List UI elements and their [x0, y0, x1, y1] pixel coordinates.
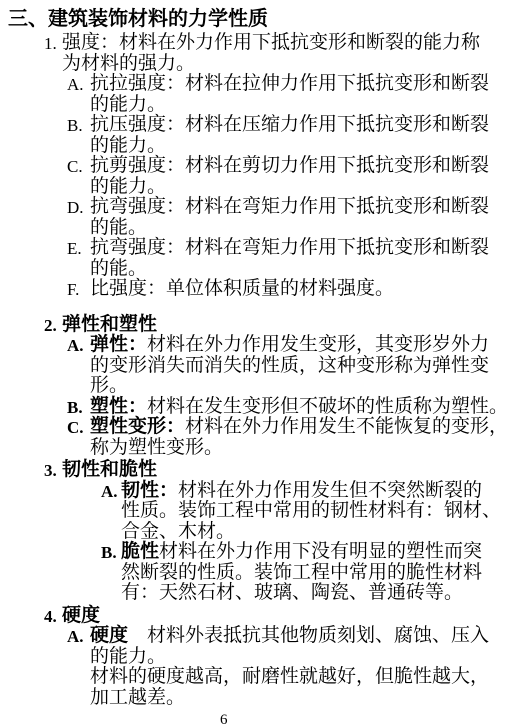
text-line: 抗弯强度：材料在弯矩力作用下抵抗变形和断裂	[90, 197, 516, 218]
text-line: 脆性材料在外力作用下没有明显的塑性而突	[121, 542, 516, 563]
list-item: F. 比强度：单位体积质量的材料强度。	[0, 279, 516, 300]
page-number: 6	[220, 712, 228, 725]
text-line: 性质。装饰工程中常用的韧性材料有：钢材、	[121, 501, 516, 522]
item-marker: B.	[67, 117, 83, 135]
text-line: 的能力。	[90, 177, 516, 198]
text-line: 的能力。	[90, 136, 516, 157]
section-elasticity-plasticity: 2. 弹性和塑性 A. 弹性：材料在外力作用发生变形，其变形岁外力 的变形消失而…	[0, 315, 516, 459]
item-marker: B.	[101, 544, 117, 562]
item-marker: A.	[101, 483, 118, 501]
item-marker: D.	[67, 199, 84, 217]
item-term: 塑性变形：	[90, 416, 185, 437]
list-number: 1.	[44, 35, 57, 53]
text-run: 材料在外力作用发生不能恢复的变形，	[185, 416, 508, 437]
list-item: A. 抗拉强度：材料在拉伸力作用下抵抗变形和断裂 的能力。	[0, 74, 516, 115]
list-item: B. 脆性材料在外力作用下没有明显的塑性而突 然断裂的性质。装饰工程中常用的脆性…	[0, 542, 516, 604]
list-item: B. 抗压强度：材料在压缩力作用下抵抗变形和断裂 的能力。	[0, 115, 516, 156]
text-line: 弹性：材料在外力作用发生变形，其变形岁外力	[90, 335, 516, 356]
section-title: 硬度	[62, 606, 516, 627]
list-item: B. 塑性：材料在发生变形但不破坏的性质称为塑性。	[0, 397, 516, 418]
text-line: 塑性变形：材料在外力作用发生不能恢复的变形，	[90, 417, 516, 438]
section-toughness-brittleness: 3. 韧性和脆性 A. 韧性：材料在外力作用发生但不突然断裂的 性质。装饰工程中…	[0, 460, 516, 604]
text-line: 为材料的强力。	[62, 54, 516, 75]
text-line: 称为塑性变形。	[90, 438, 516, 459]
list-item: A. 硬度 材料外表抵抗其他物质刻划、腐蚀、压入 的能力。 材料的硬度越高，耐磨…	[0, 626, 516, 708]
item-marker: C.	[67, 158, 83, 176]
text-run: 材料在外力作用发生变形，其变形岁外力	[147, 334, 489, 355]
item-term: 韧性：	[121, 480, 178, 501]
text-line: 有：天然石材、玻璃、陶瓷、普通砖等。	[121, 583, 516, 604]
item-marker: A.	[67, 337, 84, 355]
text-line: 加工越差。	[90, 688, 516, 709]
item-marker: B.	[67, 399, 83, 417]
text-line: 塑性：材料在发生变形但不破坏的性质称为塑性。	[90, 397, 516, 418]
item-marker: C.	[67, 419, 84, 437]
item-term: 硬度	[90, 625, 128, 646]
text-line: 形。	[90, 376, 516, 397]
text-line: 抗压强度：材料在压缩力作用下抵抗变形和断裂	[90, 115, 516, 136]
item-marker: F.	[67, 281, 79, 299]
list-item: C. 塑性变形：材料在外力作用发生不能恢复的变形， 称为塑性变形。	[0, 417, 516, 458]
section-title: 韧性和脆性	[62, 460, 516, 481]
text-line: 抗弯强度：材料在弯矩力作用下抵抗变形和断裂	[90, 238, 516, 259]
text-line: 硬度 材料外表抵抗其他物质刻划、腐蚀、压入	[90, 626, 516, 647]
document-heading: 三、建筑装饰材料的力学性质	[8, 8, 516, 30]
text-line: 强度：材料在外力作用下抵抗变形和断裂的能力称	[62, 33, 516, 54]
list-item: C. 抗剪强度：材料在剪切力作用下抵抗变形和断裂 的能力。	[0, 156, 516, 197]
item-term: 脆性	[121, 541, 159, 562]
document-page: 三、建筑装饰材料的力学性质 1. 强度：材料在外力作用下抵抗变形和断裂的能力称 …	[0, 0, 516, 725]
item-term: 塑性：	[90, 396, 147, 417]
text-line: 的能。	[90, 259, 516, 280]
list-item: 3. 韧性和脆性	[0, 460, 516, 481]
text-line: 的能力。	[90, 95, 516, 116]
item-term: 弹性：	[90, 334, 147, 355]
text-line: 的变形消失而消失的性质，这种变形称为弹性变	[90, 356, 516, 377]
list-item: D. 抗弯强度：材料在弯矩力作用下抵抗变形和断裂 的能。	[0, 197, 516, 238]
text-run: 材料外表抵抗其他物质刻划、腐蚀、压入	[128, 625, 489, 646]
text-line: 抗拉强度：材料在拉伸力作用下抵抗变形和断裂	[90, 74, 516, 95]
item-marker: A.	[67, 76, 84, 94]
text-line: 的能。	[90, 218, 516, 239]
list-item: 1. 强度：材料在外力作用下抵抗变形和断裂的能力称 为材料的强力。	[0, 33, 516, 74]
item-marker: A.	[67, 628, 84, 646]
text-run: 材料在外力作用发生但不突然断裂的	[178, 480, 482, 501]
text-line: 然断裂的性质。装饰工程中常用的脆性材料	[121, 563, 516, 584]
text-line: 材料的硬度越高，耐磨性就越好，但脆性越大，	[90, 667, 516, 688]
item-marker: E.	[67, 240, 82, 258]
text-line: 的能力。	[90, 647, 516, 668]
list-number: 3.	[44, 462, 57, 480]
section-strength: 1. 强度：材料在外力作用下抵抗变形和断裂的能力称 为材料的强力。 A. 抗拉强…	[0, 33, 516, 300]
text-line: 合金、木材。	[121, 522, 516, 543]
text-line: 抗剪强度：材料在剪切力作用下抵抗变形和断裂	[90, 156, 516, 177]
list-item: 2. 弹性和塑性	[0, 315, 516, 336]
list-number: 4.	[44, 608, 57, 626]
text-line: 韧性：材料在外力作用发生但不突然断裂的	[121, 481, 516, 502]
list-item: E. 抗弯强度：材料在弯矩力作用下抵抗变形和断裂 的能。	[0, 238, 516, 279]
text-line: 比强度：单位体积质量的材料强度。	[90, 279, 516, 300]
text-run: 材料在外力作用下没有明显的塑性而突	[159, 541, 482, 562]
text-run: 材料在发生变形但不破坏的性质称为塑性。	[147, 396, 508, 417]
list-number: 2.	[44, 317, 57, 335]
section-hardness: 4. 硬度 A. 硬度 材料外表抵抗其他物质刻划、腐蚀、压入 的能力。 材料的硬…	[0, 606, 516, 709]
section-title: 弹性和塑性	[62, 315, 516, 336]
list-item: A. 弹性：材料在外力作用发生变形，其变形岁外力 的变形消失而消失的性质，这种变…	[0, 335, 516, 397]
list-item: 4. 硬度	[0, 606, 516, 627]
list-item: A. 韧性：材料在外力作用发生但不突然断裂的 性质。装饰工程中常用的韧性材料有：…	[0, 481, 516, 543]
